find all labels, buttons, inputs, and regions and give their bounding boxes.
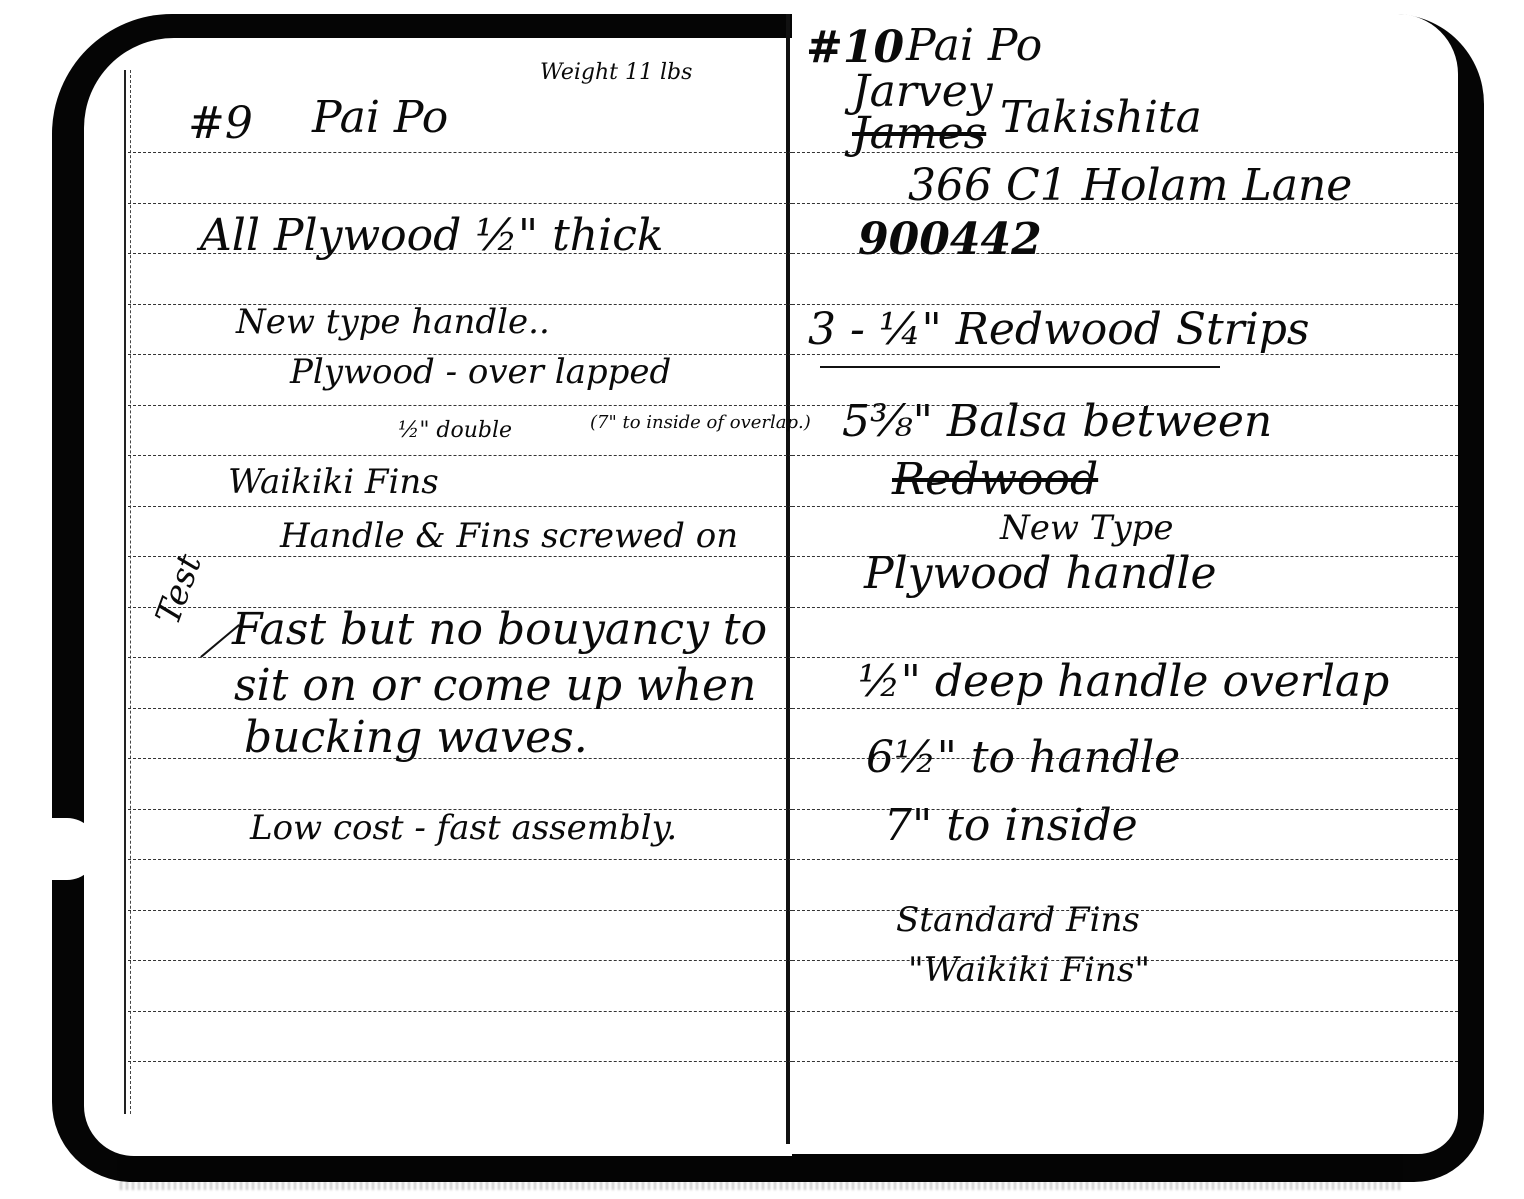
note-line: bucking waves. xyxy=(244,712,588,763)
spec-line: Standard Fins xyxy=(896,900,1140,940)
ruled-line xyxy=(128,1011,792,1012)
ruled-line xyxy=(792,607,1458,608)
note-line: All Plywood ½" thick xyxy=(200,210,664,261)
ruled-line xyxy=(792,506,1458,507)
ruled-line xyxy=(128,556,792,557)
note-line: ½" double xyxy=(398,418,512,443)
ruled-line xyxy=(792,1061,1458,1062)
spec-line: 5⅜" Balsa between xyxy=(842,396,1272,447)
ruled-line xyxy=(128,455,792,456)
ruled-line xyxy=(128,910,792,911)
scan-noise xyxy=(120,1150,1400,1190)
ruled-line xyxy=(128,506,792,507)
ruled-line xyxy=(128,657,792,658)
ruled-line xyxy=(128,1061,792,1062)
notebook-spine xyxy=(786,14,790,1144)
weight-note: Weight 11 lbs xyxy=(540,60,692,85)
note-line: Plywood - over lapped xyxy=(290,352,671,392)
note-line: Low cost - fast assembly. xyxy=(250,808,677,848)
spec-line: 7" to inside xyxy=(884,800,1138,851)
spec-line: 3 - ¼" Redwood Strips xyxy=(808,304,1310,355)
page-title-right: Pai Po xyxy=(906,20,1042,71)
page-number-left: #9 xyxy=(188,98,253,149)
spec-line: Redwood xyxy=(892,454,1098,505)
left-margin-line xyxy=(124,70,131,1114)
page-title-left: Pai Po xyxy=(312,92,448,143)
note-line: Fast but no bouyancy to xyxy=(232,604,767,655)
spec-line: New Type xyxy=(1000,508,1174,548)
ruled-line xyxy=(128,152,792,153)
underline-rule xyxy=(820,366,1220,368)
spec-line: Plywood handle xyxy=(864,548,1217,599)
note-line: Handle & Fins screwed on xyxy=(280,516,738,556)
name-struck: James xyxy=(852,108,986,159)
ruled-line xyxy=(128,859,792,860)
note-line: (7" to inside of overlap.) xyxy=(590,412,811,433)
ruled-line xyxy=(128,405,792,406)
ruled-line xyxy=(792,708,1458,709)
ruled-line xyxy=(792,859,1458,860)
ruled-line xyxy=(792,1011,1458,1012)
spec-line: 6½" to handle xyxy=(866,732,1180,783)
ruled-line xyxy=(128,960,792,961)
note-line: Waikiki Fins xyxy=(228,462,439,502)
spec-line: "Waikiki Fins" xyxy=(908,950,1150,990)
address: 366 C1 Holam Lane xyxy=(908,160,1352,211)
name-last: Takishita xyxy=(1000,92,1202,143)
note-line: sit on or come up when xyxy=(234,660,756,711)
ruled-line xyxy=(128,203,792,204)
zip-code: 900442 xyxy=(858,214,1042,265)
spec-line: ½" deep handle overlap xyxy=(858,656,1389,707)
note-line: New type handle.. xyxy=(236,302,550,342)
